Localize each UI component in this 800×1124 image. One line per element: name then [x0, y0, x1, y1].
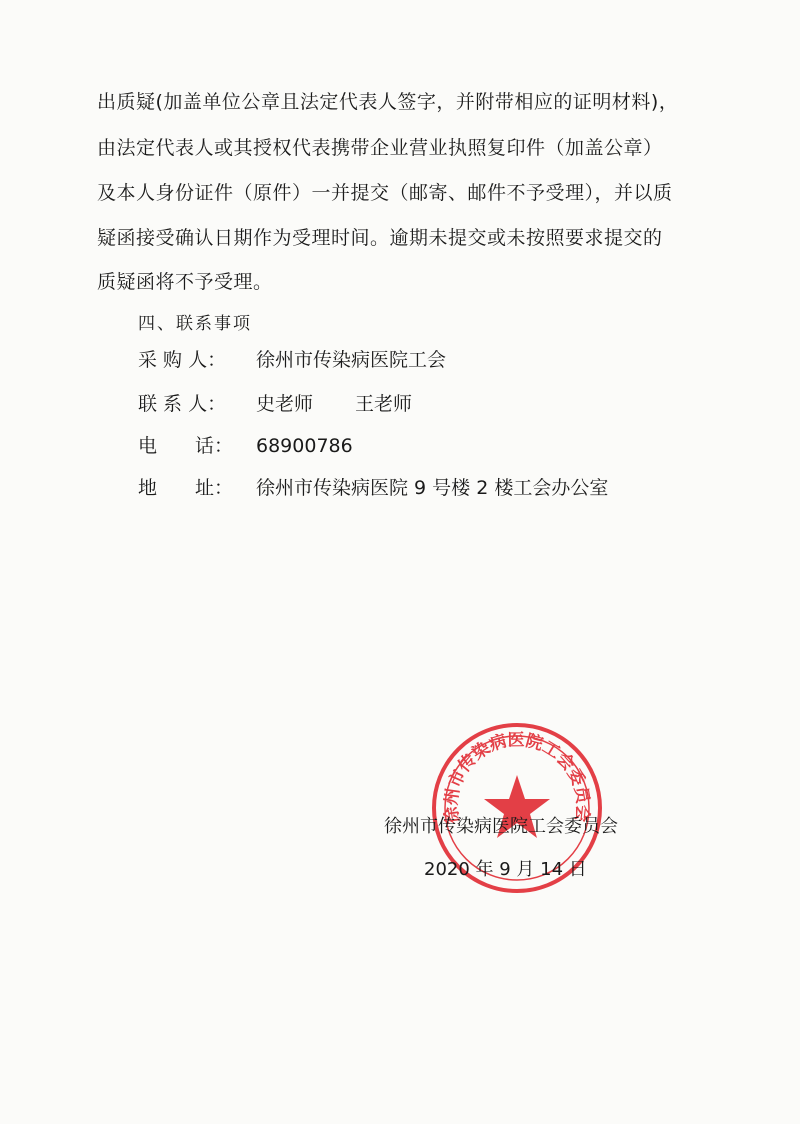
contact-label: 采 购 人： — [138, 348, 256, 372]
paragraph-line: 质疑函将不予受理。 — [97, 270, 273, 294]
paragraph-line: 由法定代表人或其授权代表携带企业营业执照复印件（加盖公章） — [97, 136, 663, 160]
contact-value: 68900786 — [256, 434, 353, 458]
document-page: 出质疑(加盖单位公章且法定代表人签字，并附带相应的证明材料)， 由法定代表人或其… — [0, 0, 800, 1124]
contact-label: 电 话： — [138, 434, 256, 458]
paragraph-line: 出质疑(加盖单位公章且法定代表人签字，并附带相应的证明材料)， — [97, 90, 678, 114]
contact-row-purchaser: 采 购 人：徐州市传染病医院工会 — [138, 348, 446, 372]
contact-label: 联 系 人： — [138, 392, 256, 416]
contact-row-address: 地 址：徐州市传染病医院 9 号楼 2 楼工会办公室 — [138, 476, 608, 500]
signature-date: 2020 年 9 月 14 日 — [424, 855, 587, 881]
paragraph-line: 及本人身份证件（原件）一并提交（邮寄、邮件不予受理），并以质 — [97, 181, 673, 205]
contact-row-person: 联 系 人：史老师王老师 — [138, 392, 412, 416]
section-heading: 四、联系事项 — [138, 309, 252, 334]
contact-value-2: 王老师 — [355, 392, 412, 416]
signature-organization: 徐州市传染病医院工会委员会 — [384, 812, 618, 838]
paragraph-line: 疑函接受确认日期作为受理时间。逾期未提交或未按照要求提交的 — [97, 226, 663, 250]
contact-value: 徐州市传染病医院工会 — [256, 348, 446, 372]
contact-row-phone: 电 话：68900786 — [138, 434, 353, 458]
contact-value: 史老师 — [256, 392, 313, 416]
contact-value: 徐州市传染病医院 9 号楼 2 楼工会办公室 — [256, 476, 608, 500]
contact-label: 地 址： — [138, 476, 256, 500]
